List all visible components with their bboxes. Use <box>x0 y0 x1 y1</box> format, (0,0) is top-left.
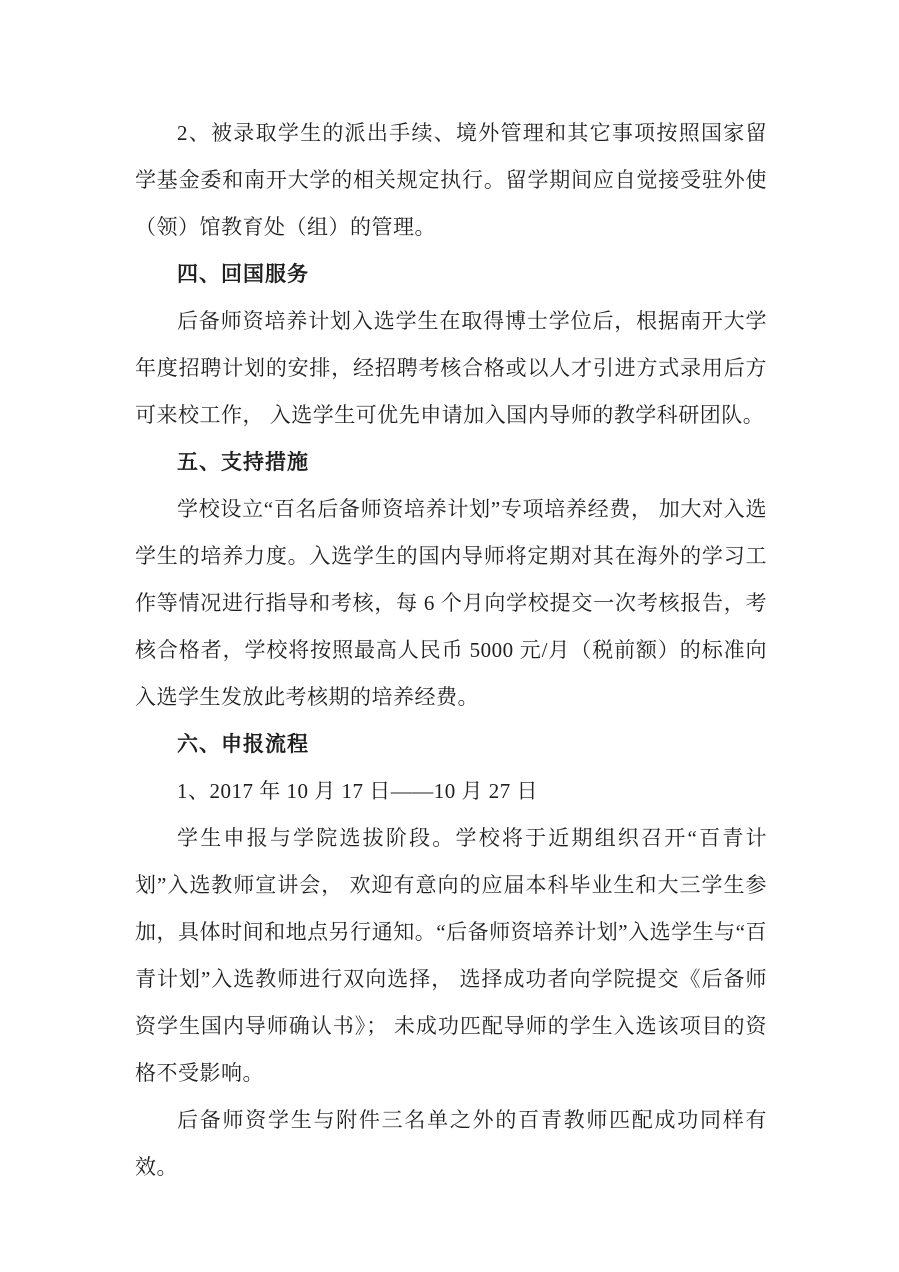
paragraph-application-stage-body: 学生申报与学院选拔阶段。学校将于近期组织召开“百青计划”入选教师宣讲会， 欢迎有… <box>135 815 767 1097</box>
paragraph-return-service-body: 后备师资培养计划入选学生在取得博士学位后，根据南开大学年度招聘计划的安排，经招聘… <box>135 298 767 439</box>
paragraph-overseas-management: 2、被录取学生的派出手续、境外管理和其它事项按照国家留学基金委和南开大学的相关规… <box>135 110 767 251</box>
section-heading-support-measures: 五、支持措施 <box>135 439 767 486</box>
section-heading-application-process: 六、申报流程 <box>135 721 767 768</box>
document-page: 2、被录取学生的派出手续、境外管理和其它事项按照国家留学基金委和南开大学的相关规… <box>0 0 899 1272</box>
paragraph-support-measures-body: 学校设立“百名后备师资培养计划”专项培养经费， 加大对入选学生的培养力度。入选学… <box>135 486 767 721</box>
section-heading-return-service: 四、回国服务 <box>135 251 767 298</box>
paragraph-application-dates: 1、2017 年 10 月 17 日——10 月 27 日 <box>135 768 767 815</box>
paragraph-matching-validity: 后备师资学生与附件三名单之外的百青教师匹配成功同样有效。 <box>135 1097 767 1191</box>
